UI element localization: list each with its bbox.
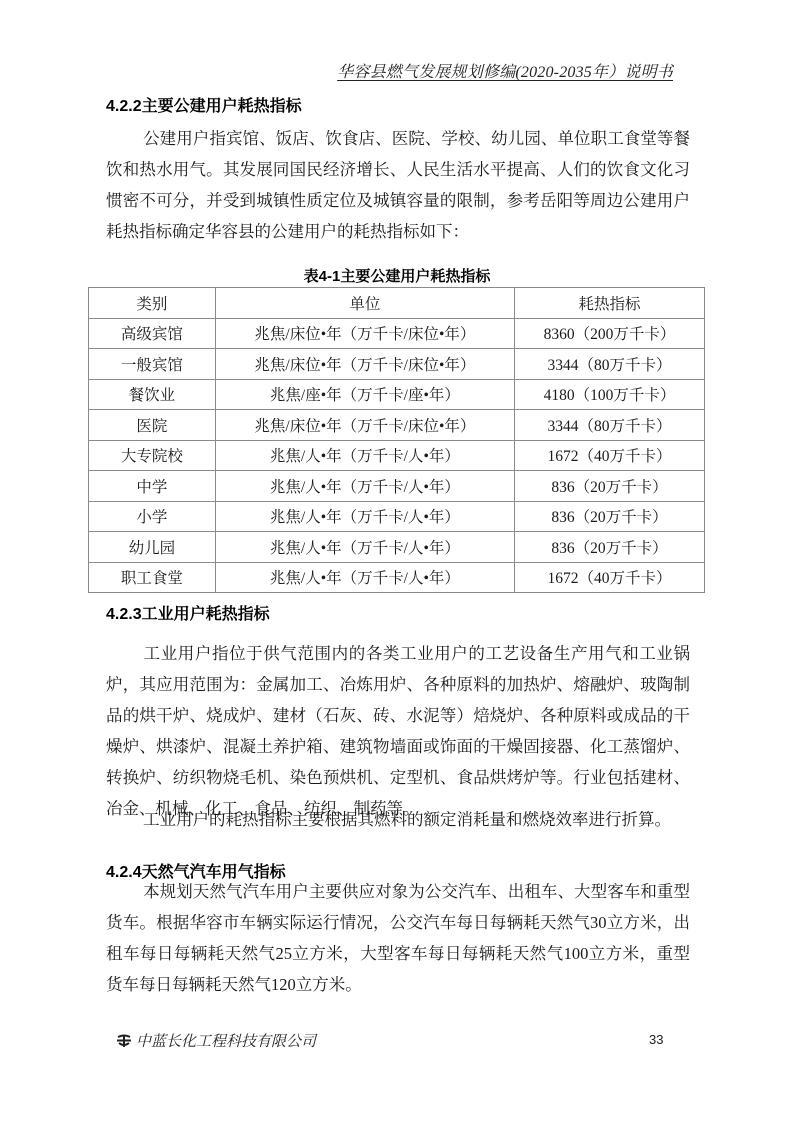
- section-4-2-4-paragraph: 本规划天然气汽车用户主要供应对象为公交汽车、出租车、大型客车和重型货车。根据华容…: [106, 876, 690, 1000]
- table-caption: 表4-1主要公建用户耗热指标: [0, 265, 794, 286]
- table-row: 职工食堂 兆焦/人•年（万千卡/人•年） 1672（40万千卡）: [89, 562, 705, 593]
- cell-heat-index: 3344（80万千卡）: [515, 349, 705, 380]
- section-heading-4-2-3: 4.2.3工业用户耗热指标: [106, 601, 270, 624]
- cell-category: 职工食堂: [89, 562, 216, 593]
- column-header-category: 类别: [89, 288, 216, 319]
- cell-unit: 兆焦/人•年（万千卡/人•年）: [215, 532, 514, 563]
- section-4-2-4-text: 本规划天然气汽车用户主要供应对象为公交汽车、出租车、大型客车和重型货车。根据华容…: [106, 882, 690, 994]
- cell-heat-index: 8360（200万千卡）: [515, 318, 705, 349]
- table-row: 中学 兆焦/人•年（万千卡/人•年） 836（20万千卡）: [89, 471, 705, 502]
- table-row: 餐饮业 兆焦/座•年（万千卡/座•年） 4180（100万千卡）: [89, 379, 705, 410]
- column-header-unit: 单位: [215, 288, 514, 319]
- cell-category: 医院: [89, 410, 216, 441]
- company-logo-icon: [116, 1034, 132, 1048]
- cell-category: 幼儿园: [89, 532, 216, 563]
- running-header-title: 华容县燃气发展规划修编(2020-2035年）说明书: [337, 59, 673, 82]
- cell-heat-index: 1672（40万千卡）: [515, 562, 705, 593]
- cell-heat-index: 836（20万千卡）: [515, 471, 705, 502]
- table-row: 幼儿园 兆焦/人•年（万千卡/人•年） 836（20万千卡）: [89, 532, 705, 563]
- cell-category: 高级宾馆: [89, 318, 216, 349]
- cell-heat-index: 836（20万千卡）: [515, 501, 705, 532]
- cell-unit: 兆焦/人•年（万千卡/人•年）: [215, 440, 514, 471]
- cell-category: 一般宾馆: [89, 349, 216, 380]
- table-row: 小学 兆焦/人•年（万千卡/人•年） 836（20万千卡）: [89, 501, 705, 532]
- cell-unit: 兆焦/人•年（万千卡/人•年）: [215, 501, 514, 532]
- cell-category: 餐饮业: [89, 379, 216, 410]
- page-number: 33: [649, 1032, 663, 1047]
- table-row: 高级宾馆 兆焦/床位•年（万千卡/床位•年） 8360（200万千卡）: [89, 318, 705, 349]
- table-row: 一般宾馆 兆焦/床位•年（万千卡/床位•年） 3344（80万千卡）: [89, 349, 705, 380]
- section-4-2-2-paragraph: 公建用户指宾馆、饭店、饮食店、医院、学校、幼儿园、单位职工食堂等餐饮和热水用气。…: [106, 123, 690, 247]
- section-4-2-3-paragraph-1: 工业用户指位于供气范围内的各类工业用户的工艺设备生产用气和工业锅炉，其应用范围为…: [106, 638, 690, 824]
- cell-unit: 兆焦/人•年（万千卡/人•年）: [215, 471, 514, 502]
- heat-index-table: 类别 单位 耗热指标 高级宾馆 兆焦/床位•年（万千卡/床位•年） 8360（2…: [88, 287, 705, 593]
- cell-category: 小学: [89, 501, 216, 532]
- cell-unit: 兆焦/座•年（万千卡/座•年）: [215, 379, 514, 410]
- footer-company: 中蓝长化工程科技有限公司: [116, 1030, 316, 1051]
- cell-unit: 兆焦/床位•年（万千卡/床位•年）: [215, 410, 514, 441]
- section-4-2-3-text-2: 工业用户的耗热指标主要根据其燃料的额定消耗量和燃烧效率进行折算。: [143, 810, 671, 829]
- section-4-2-2-text: 公建用户指宾馆、饭店、饮食店、医院、学校、幼儿园、单位职工食堂等餐饮和热水用气。…: [106, 129, 690, 241]
- cell-heat-index: 3344（80万千卡）: [515, 410, 705, 441]
- column-header-heat-index: 耗热指标: [515, 288, 705, 319]
- cell-heat-index: 4180（100万千卡）: [515, 379, 705, 410]
- section-heading-4-2-2: 4.2.2主要公建用户耗热指标: [106, 93, 302, 116]
- cell-heat-index: 836（20万千卡）: [515, 532, 705, 563]
- cell-unit: 兆焦/床位•年（万千卡/床位•年）: [215, 318, 514, 349]
- section-4-2-3-text-1: 工业用户指位于供气范围内的各类工业用户的工艺设备生产用气和工业锅炉，其应用范围为…: [106, 644, 690, 818]
- cell-category: 中学: [89, 471, 216, 502]
- cell-category: 大专院校: [89, 440, 216, 471]
- cell-unit: 兆焦/床位•年（万千卡/床位•年）: [215, 349, 514, 380]
- section-4-2-3-paragraph-2: 工业用户的耗热指标主要根据其燃料的额定消耗量和燃烧效率进行折算。: [106, 804, 690, 835]
- cell-heat-index: 1672（40万千卡）: [515, 440, 705, 471]
- cell-unit: 兆焦/人•年（万千卡/人•年）: [215, 562, 514, 593]
- company-name: 中蓝长化工程科技有限公司: [136, 1030, 316, 1051]
- table-header-row: 类别 单位 耗热指标: [89, 288, 705, 319]
- table-row: 大专院校 兆焦/人•年（万千卡/人•年） 1672（40万千卡）: [89, 440, 705, 471]
- table-row: 医院 兆焦/床位•年（万千卡/床位•年） 3344（80万千卡）: [89, 410, 705, 441]
